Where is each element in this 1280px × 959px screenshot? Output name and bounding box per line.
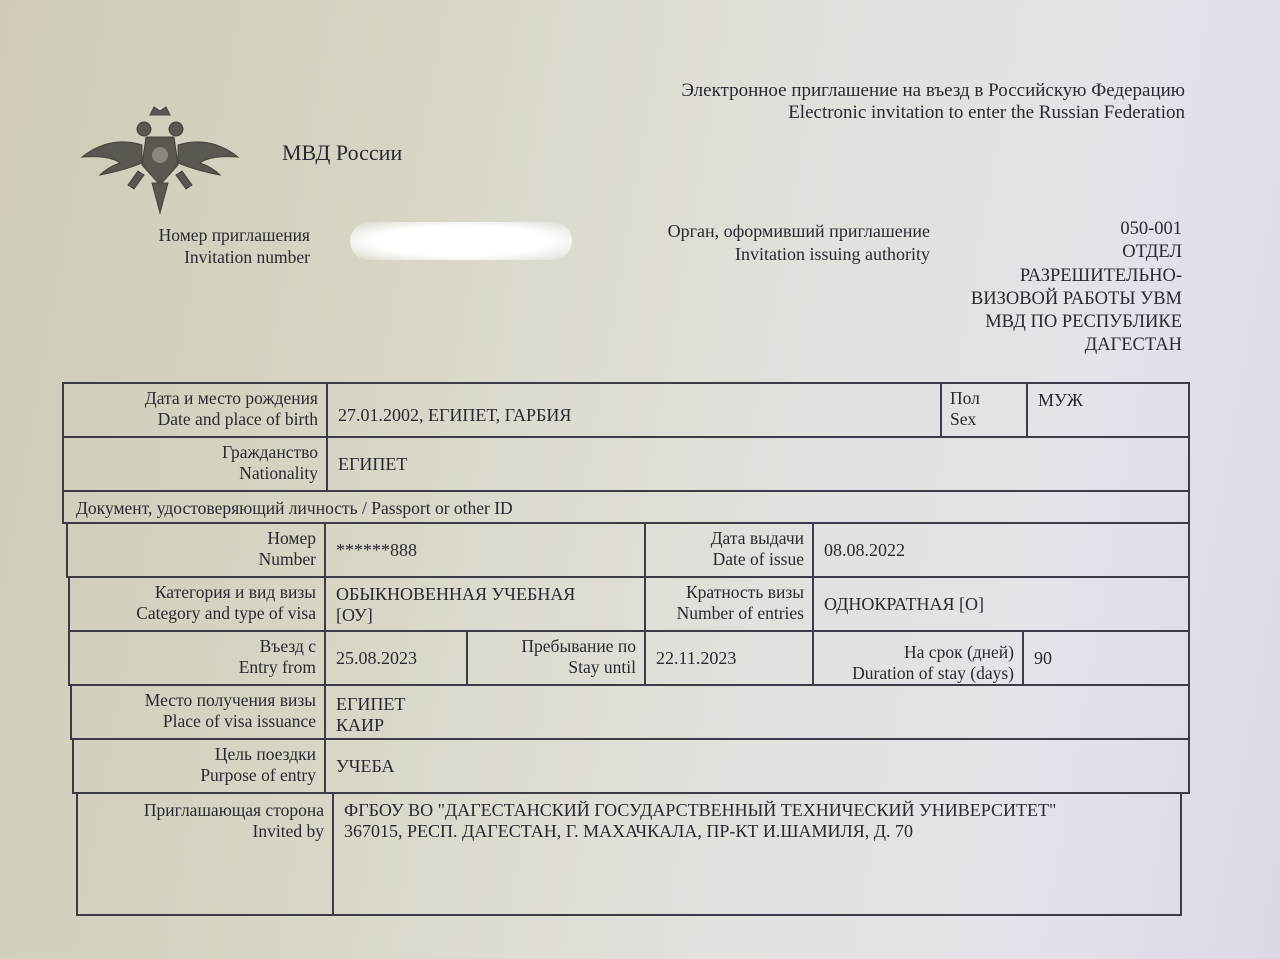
sex-label: Пол Sex bbox=[940, 382, 1028, 438]
visa-category-label: Категория и вид визы Category and type o… bbox=[68, 576, 326, 632]
doc-number-value: ******888 bbox=[324, 522, 646, 578]
invitation-number-label: Номер приглашения Invitation number bbox=[120, 224, 310, 268]
issuing-authority-value: 050-001 ОТДЕЛ РАЗРЕШИТЕЛЬНО- ВИЗОВОЙ РАБ… bbox=[900, 218, 1182, 358]
nationality-label: Гражданство Nationality bbox=[62, 436, 328, 492]
sex-value: МУЖ bbox=[1026, 382, 1190, 438]
stay-until-label: Пребывание по Stay until bbox=[466, 630, 646, 686]
inviting-party-value: ФГБОУ ВО "ДАГЕСТАНСКИЙ ГОСУДАРСТВЕННЫЙ Т… bbox=[332, 792, 1182, 916]
invitation-form-table: Дата и место рождения Date and place of … bbox=[60, 380, 1192, 918]
purpose-label: Цель поездки Purpose of entry bbox=[72, 738, 326, 794]
issuance-place-label: Место получения визы Place of visa issua… bbox=[70, 684, 326, 740]
entries-value: ОДНОКРАТНАЯ [О] bbox=[812, 576, 1190, 632]
passport-section-heading: Документ, удостоверяющий личность / Pass… bbox=[62, 490, 1190, 524]
issue-date-label: Дата выдачи Date of issue bbox=[644, 522, 814, 578]
inviting-party-label: Приглашающая сторона Invited by bbox=[76, 792, 334, 916]
nationality-value: ЕГИПЕТ bbox=[326, 436, 1190, 492]
entry-from-value: 25.08.2023 bbox=[324, 630, 468, 686]
invitation-number-redacted bbox=[350, 222, 572, 260]
title-ru: Электронное приглашение на въезд в Росси… bbox=[681, 80, 1185, 102]
duration-label: На срок (дней) Duration of stay (days) bbox=[812, 630, 1024, 686]
purpose-value: УЧЕБА bbox=[324, 738, 1190, 794]
visa-category-value: ОБЫКНОВЕННАЯ УЧЕБНАЯ [ОУ] bbox=[324, 576, 646, 632]
birth-label: Дата и место рождения Date and place of … bbox=[62, 382, 328, 438]
issuance-place-value: ЕГИПЕТ КАИР bbox=[324, 684, 1190, 740]
stay-until-value: 22.11.2023 bbox=[644, 630, 814, 686]
doc-number-label: Номер Number bbox=[66, 522, 326, 578]
title-en: Electronic invitation to enter the Russi… bbox=[681, 102, 1185, 124]
issue-date-value: 08.08.2022 bbox=[812, 522, 1190, 578]
birth-value: 27.01.2002, ЕГИПЕТ, ГАРБИЯ bbox=[326, 382, 942, 438]
double-headed-eagle-icon bbox=[80, 105, 240, 215]
issuing-authority-label: Орган, оформивший приглашение Invitation… bbox=[600, 220, 930, 266]
entries-label: Кратность визы Number of entries bbox=[644, 576, 814, 632]
entry-from-label: Въезд с Entry from bbox=[68, 630, 326, 686]
duration-value: 90 bbox=[1022, 630, 1190, 686]
document-title: Электронное приглашение на въезд в Росси… bbox=[681, 80, 1185, 124]
agency-name: МВД России bbox=[282, 140, 402, 166]
